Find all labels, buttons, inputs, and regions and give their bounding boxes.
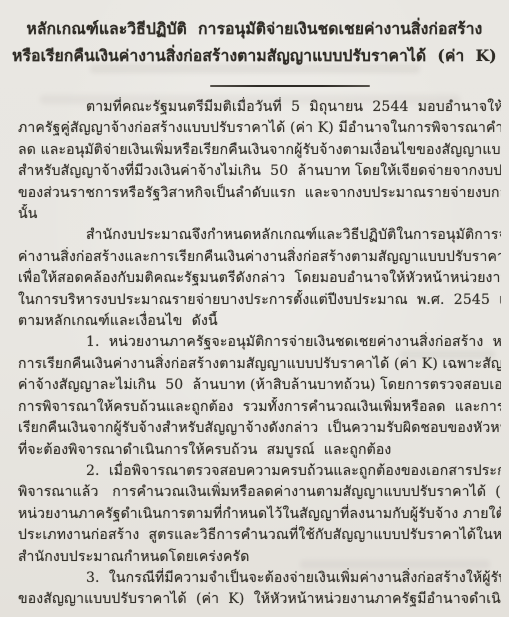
numbered-item-2-line: 2. เมื่อพิจารณาตรวจสอบความครบถ้วนและถูกต… [18,461,501,482]
title-divider-rule [210,85,370,87]
numbered-item-2-line: พิจารณาแล้ว การคำนวณเงินเพิ่มหรือลดค่างา… [18,482,501,503]
scanned-document-page: หลักเกณฑ์และวิธีปฏิบัติ การอนุมัติจ่ายเง… [0,0,509,617]
text-line: สำนักงบประมาณจึงกำหนดหลักเกณฑ์และวิธีปฏิ… [18,225,501,246]
numbered-item-1-line: ที่จะต้องพิจารณาดำเนินการให้ครบถ้วน สมบู… [18,440,501,461]
numbered-item-1-line: 1. หน่วยงานภาครัฐจะอนุมัติการจ่ายเงินชดเ… [18,332,501,353]
numbered-item-1-line: การพิจารณาให้ครบถ้วนและถูกต้อง รวมทั้งกา… [18,397,501,418]
text-line: สำหรับสัญญาจ้างที่มีวงเงินค่าจ้างไม่เกิน… [18,161,501,182]
numbered-item-1-line: เรียกคืนเงินจากผู้รับจ้างสำหรับสัญญาจ้าง… [18,418,501,439]
numbered-item-2-line: หน่วยงานภาครัฐดำเนินการตามที่กำหนดไว้ในส… [18,504,501,525]
text-line: ภาครัฐคู่สัญญาจ้างก่อสร้างแบบปรับราคาได้… [18,118,501,139]
numbered-item-3-line: 3. ในกรณีที่มีความจำเป็นจะต้องจ่ายเงินเพ… [18,568,501,589]
document-title-line-1: หลักเกณฑ์และวิธีปฏิบัติ การอนุมัติจ่ายเง… [0,15,509,42]
text-line: ค่างานสิ่งก่อสร้างและการเรียกคืนเงินค่าง… [18,247,501,268]
numbered-item-1-line: ค่าจ้างสัญญาละไม่เกิน 50 ล้านบาท (ห้าสิบ… [18,375,501,396]
text-line: ในการบริหารงบประมาณรายจ่ายบางประการตั้งแ… [18,290,501,311]
text-line: ลด และอนุมัติจ่ายเงินเพิ่มหรือเรียกคืนเง… [18,140,501,161]
numbered-item-1-line: การเรียกคืนเงินค่างานสิ่งก่อสร้างตามสัญญ… [18,354,501,375]
numbered-item-2-line: ประเภทงานก่อสร้าง สูตรและวิธีการคำนวณที่… [18,525,501,546]
text-line: นั้น [18,204,501,225]
numbered-item-2-line: สำนักงบประมาณกำหนดโดยเคร่งครัด [18,547,501,568]
text-line: ของส่วนราชการหรือรัฐวิสาหกิจเป็นลำดับแรก… [18,183,501,204]
text-line: เพื่อให้สอดคล้องกับมติคณะรัฐมนตรีดังกล่า… [18,268,501,289]
numbered-item-3-line: ของสัญญาแบบปรับราคาได้ (ค่า K) ให้หัวหน้… [18,589,501,610]
document-body: ตามที่คณะรัฐมนตรีมีมติเมื่อวันที่ 5 มิถุ… [18,97,501,611]
text-line: ตามที่คณะรัฐมนตรีมีมติเมื่อวันที่ 5 มิถุ… [18,97,501,118]
document-title: หลักเกณฑ์และวิธีปฏิบัติ การอนุมัติจ่ายเง… [0,15,509,69]
document-title-line-2: หรือเรียกคืนเงินค่างานสิ่งก่อสร้างตามสัญ… [0,42,509,69]
text-line: ตามหลักเกณฑ์และเงื่อนไข ดังนี้ [18,311,501,332]
